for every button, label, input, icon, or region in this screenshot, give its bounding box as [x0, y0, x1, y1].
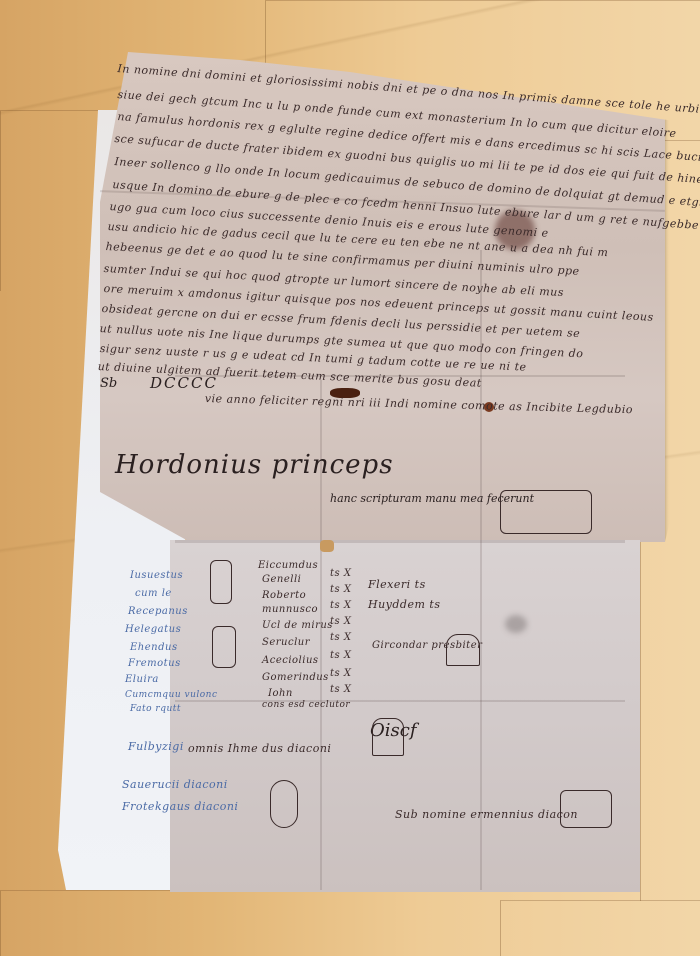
- witness-middle: Roberto: [262, 590, 306, 601]
- witness-left: Ehendus: [130, 642, 178, 653]
- witness-middle: Seruclur: [262, 637, 310, 648]
- monogram-seal-bottom: [560, 790, 612, 828]
- witness-middle: Gomerindus: [262, 672, 329, 683]
- witness-left: Iusuestus: [130, 570, 183, 581]
- monogram-seal-upper: [500, 490, 592, 534]
- witness-mark: ts X: [330, 684, 351, 695]
- witness-middle: Iohn: [268, 688, 293, 699]
- manuscript-charter: In nomine dni domini et gloriosissimi no…: [0, 0, 700, 956]
- witness-right: Huyddem ts: [368, 598, 440, 611]
- era-prefix: Sb: [100, 376, 117, 391]
- fold-line: [175, 700, 625, 702]
- witness-left: cum le: [135, 588, 172, 599]
- witness-middle: Eiccumdus: [258, 560, 318, 571]
- witness-mark: ts X: [330, 568, 351, 579]
- witness-left: Fremotus: [128, 658, 181, 669]
- subscription-left: Frotekgaus diaconi: [122, 800, 238, 813]
- subscription-left: Fulbyzigi: [128, 740, 184, 753]
- subscription-left: Sauerucii diaconi: [122, 778, 228, 791]
- witness-mark: ts X: [330, 668, 351, 679]
- witness-middle: Aceciolius: [262, 655, 319, 666]
- witness-right: Flexeri ts: [368, 578, 426, 591]
- witness-middle: Ucl de mirus: [262, 620, 333, 631]
- witness-middle: Genelli: [262, 574, 301, 585]
- witness-mark: ts X: [330, 632, 351, 643]
- hole: [320, 540, 334, 552]
- witness-left: Eluira: [125, 674, 159, 685]
- parchment-lower-section: [170, 540, 640, 892]
- small-monogram: [446, 634, 480, 666]
- bottom-signature: omnis Ihme dus diaconi: [188, 742, 331, 755]
- witness-left: Fato rqutt: [130, 704, 181, 714]
- bottom-signature: Sub nomine ermennius diacon: [395, 808, 578, 821]
- witness-mark: ts X: [330, 584, 351, 595]
- signum-knot: [270, 780, 298, 828]
- witness-mark: ts X: [330, 600, 351, 611]
- witness-mark: ts X: [330, 650, 351, 661]
- witness-left: Cumcmquu vulonc: [125, 690, 218, 700]
- witness-mark: ts X: [330, 616, 351, 627]
- cross-signum: [372, 718, 404, 756]
- witness-left: Helegatus: [125, 624, 181, 635]
- royal-signature: Hordonius princeps: [115, 450, 394, 480]
- era-date: DCCCC: [150, 374, 218, 392]
- witness-middle: munnusco: [262, 604, 318, 615]
- witness-left: Recepanus: [128, 606, 188, 617]
- monogram-cluster: [212, 626, 236, 668]
- witness-middle: cons esd ceclutor: [262, 700, 350, 710]
- smudge: [505, 615, 527, 633]
- fold-line: [175, 540, 625, 543]
- monogram-cluster: [210, 560, 232, 604]
